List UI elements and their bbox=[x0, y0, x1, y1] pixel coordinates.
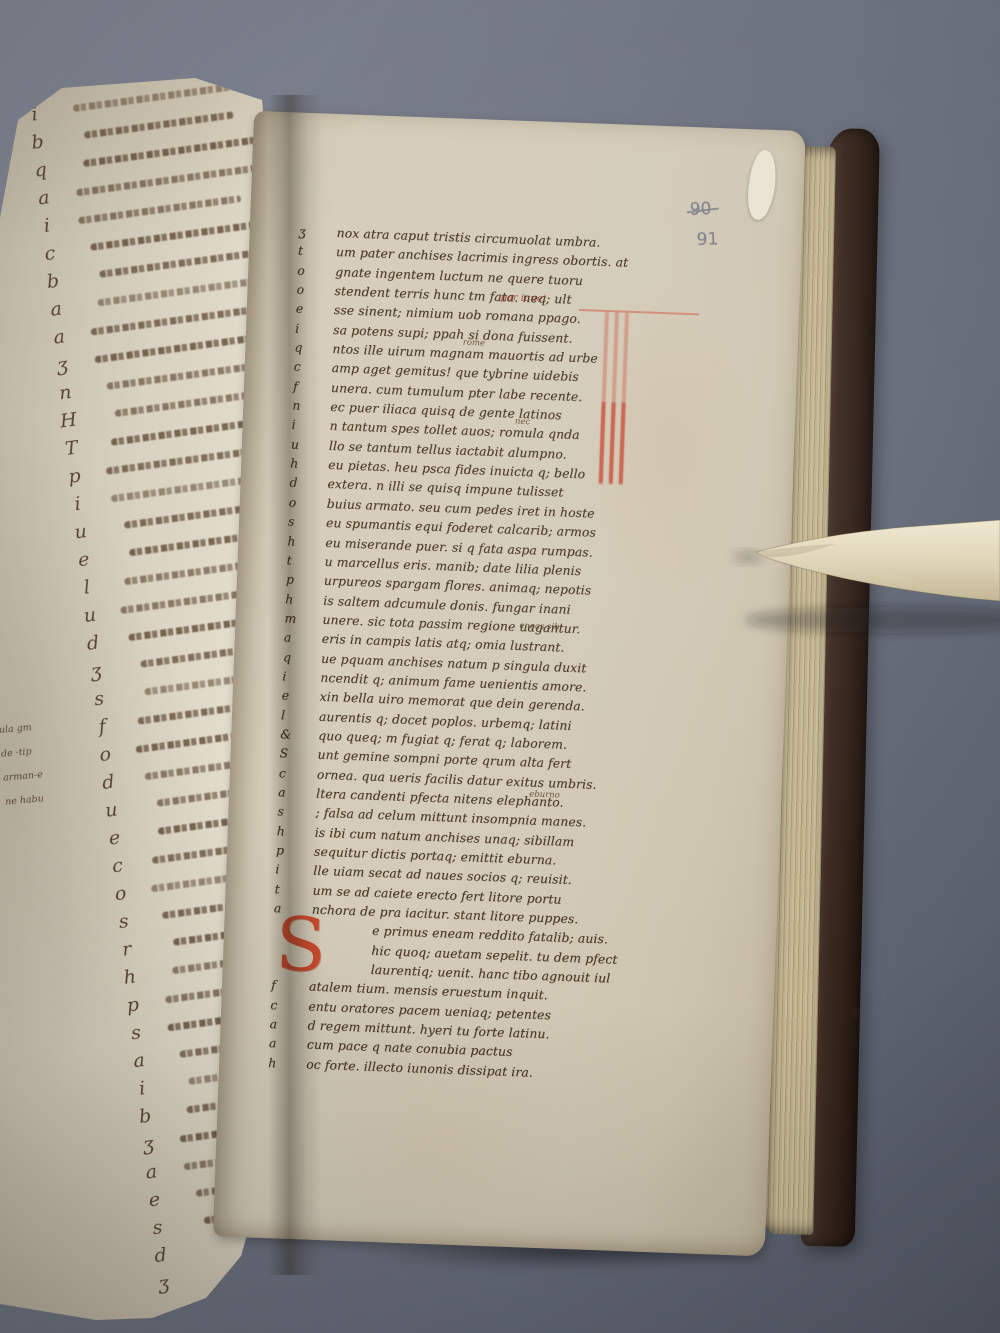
verse-initial: e bbox=[293, 300, 327, 321]
verso-initial: H bbox=[54, 405, 83, 436]
verse-initial: c bbox=[290, 358, 324, 379]
verso-initial: ʒ bbox=[82, 655, 111, 686]
verse-initial: c bbox=[276, 764, 310, 785]
verso-initial: e bbox=[69, 544, 98, 575]
verso-initial: p bbox=[60, 460, 89, 491]
verso-initial: s bbox=[143, 1212, 172, 1243]
verse-initial: d bbox=[286, 474, 320, 495]
verso-script-line bbox=[90, 219, 275, 251]
verse-initial: c bbox=[267, 996, 301, 1017]
photo-stage: ibqaicbaaʒnHTpiueludʒsfoduecosrhpsaibʒae… bbox=[0, 0, 1000, 1333]
verse-initial: o bbox=[293, 281, 327, 302]
verso-initial: i bbox=[32, 210, 61, 241]
verso-script-line bbox=[77, 162, 278, 196]
verse-initial: s bbox=[285, 512, 319, 533]
verse-initial: a bbox=[280, 628, 314, 649]
verse-initial: h bbox=[284, 532, 318, 553]
verso-initial: q bbox=[26, 154, 55, 185]
verse-initial: i bbox=[279, 667, 313, 688]
verso-initial: p bbox=[118, 989, 147, 1020]
red-initial-S: S bbox=[274, 910, 327, 980]
verso-initial: f bbox=[88, 711, 117, 742]
verso-initial: a bbox=[137, 1156, 166, 1187]
verso-initial: h bbox=[115, 961, 144, 992]
verse-initial: e bbox=[278, 686, 312, 707]
verse-initial: h bbox=[265, 1054, 299, 1075]
verse-initial: t bbox=[295, 242, 329, 263]
verse-initial: S bbox=[276, 744, 310, 765]
verse-initial: s bbox=[274, 802, 308, 823]
verse-initial: p bbox=[283, 570, 317, 591]
verse-initial: h bbox=[282, 590, 316, 611]
verso-initial: s bbox=[109, 906, 138, 937]
verso-initial: a bbox=[45, 321, 74, 352]
verse-initial: o bbox=[285, 493, 319, 514]
verse-initial: i bbox=[272, 860, 306, 881]
verso-script-line bbox=[83, 111, 234, 139]
verse-initial: m bbox=[281, 609, 315, 630]
verse-initial: a bbox=[275, 783, 309, 804]
verso-initial: a bbox=[42, 293, 71, 324]
verse-initial: ʒ bbox=[295, 223, 329, 244]
verso-initial: o bbox=[106, 878, 135, 909]
verso-initial: e bbox=[100, 822, 129, 853]
verso-initial: e bbox=[140, 1184, 169, 1215]
verse-initial: t bbox=[283, 551, 317, 572]
verso-initial: ʒ bbox=[48, 349, 77, 380]
verso-initial: a bbox=[125, 1045, 154, 1076]
verso-initial: i bbox=[63, 488, 92, 519]
verso-initial: u bbox=[66, 516, 95, 547]
verso-margin-notes: ula gmde ·tiparman-ene habu bbox=[0, 713, 70, 814]
right-page: 90 91 par iuuet rome nec eneas sibi ebur… bbox=[213, 111, 806, 1256]
verso-initial: n bbox=[51, 377, 80, 408]
verso-initial: u bbox=[75, 600, 104, 631]
verso-initial: b bbox=[39, 266, 68, 297]
verse-initial: o bbox=[294, 261, 328, 282]
verso-script-line bbox=[83, 134, 277, 167]
verse-initial: h bbox=[273, 822, 307, 843]
verso-initial: l bbox=[72, 572, 101, 603]
verso-initial: c bbox=[103, 850, 132, 881]
verso-initial: b bbox=[131, 1101, 160, 1132]
verse-initial: n bbox=[289, 397, 323, 418]
recto-lines: ʒnox atra caput tristis circumuolat umbr… bbox=[265, 223, 776, 1091]
verse-initial: q bbox=[291, 339, 325, 360]
verso-initial: d bbox=[146, 1240, 175, 1271]
verso-initial: u bbox=[97, 794, 126, 825]
verso-initial: s bbox=[122, 1017, 151, 1048]
verso-initial: b bbox=[23, 126, 52, 157]
verso-initial: i bbox=[128, 1073, 157, 1104]
verso-initial: ʒ bbox=[149, 1268, 178, 1299]
verse-initial: q bbox=[280, 648, 314, 669]
verso-script-line bbox=[97, 276, 272, 307]
verse-initial: i bbox=[288, 416, 322, 437]
verso-initial: o bbox=[91, 739, 120, 770]
verso-initial: T bbox=[57, 433, 86, 464]
verso-initial: s bbox=[85, 683, 114, 714]
verso-script-line bbox=[78, 195, 241, 224]
verso-script-line bbox=[73, 78, 268, 112]
verse-initial: & bbox=[277, 725, 311, 746]
verso-initial: d bbox=[94, 767, 123, 798]
verse-initial: p bbox=[273, 841, 307, 862]
verso-initial: r bbox=[112, 934, 141, 965]
verso-initial: d bbox=[79, 627, 108, 658]
verse-initial: f bbox=[290, 377, 324, 398]
verso-initial: c bbox=[36, 238, 65, 269]
verse-initial: i bbox=[292, 319, 326, 340]
verso-initial: a bbox=[29, 182, 58, 213]
verso-initial: i bbox=[20, 99, 49, 130]
verse-initial: h bbox=[287, 455, 321, 476]
verso-initial: ʒ bbox=[134, 1128, 163, 1159]
verse-initial: u bbox=[288, 435, 322, 456]
verse-initial: l bbox=[278, 706, 312, 727]
verso-script-line bbox=[91, 305, 266, 336]
verse-initial: a bbox=[266, 1034, 300, 1055]
verse-initial: t bbox=[271, 880, 305, 901]
verse-initial: a bbox=[266, 1015, 300, 1036]
